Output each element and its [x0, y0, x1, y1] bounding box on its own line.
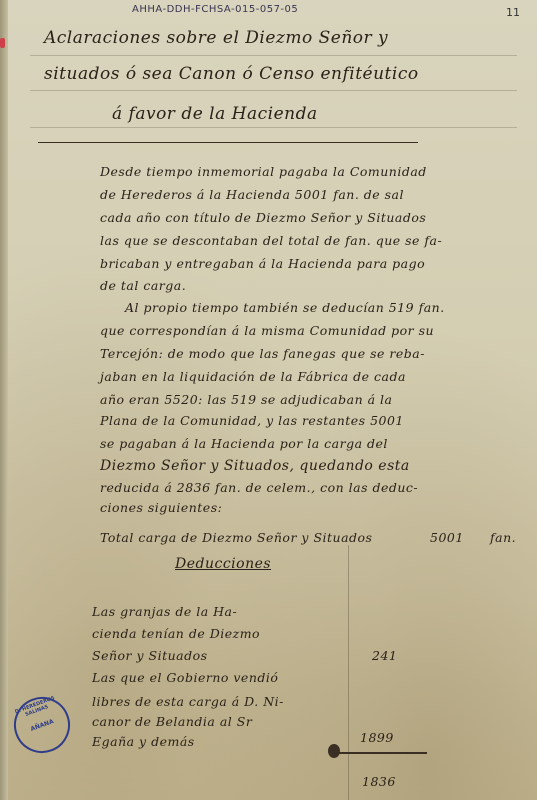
paragraph-2-line: jaban en la liquidación de la Fábrica de… [100, 369, 406, 384]
paragraph-2-line: reducida á 2836 fan. de celem., con las … [100, 480, 418, 495]
page-edge [0, 0, 8, 800]
title-line-1: Aclaraciones sobre el Diezmo Señor y [44, 28, 388, 48]
total-unit: fan. [490, 530, 516, 545]
sum-rule [335, 752, 427, 754]
paragraph-2-line: que correspondían á la misma Comunidad p… [100, 323, 434, 338]
deduction-1-line: Las granjas de la Ha- [92, 604, 237, 619]
deduction-1-line: Señor y Situados [92, 648, 208, 663]
deduction-2-line: canor de Belandia al Sr [92, 714, 252, 729]
deduction-1-value: 241 [372, 648, 397, 663]
paragraph-1-line: Desde tiempo inmemorial pagaba la Comuni… [100, 164, 427, 179]
ink-blot [328, 744, 340, 758]
deduction-2-line: Egaña y demás [92, 734, 195, 749]
red-mark [0, 38, 5, 48]
paragraph-2-line: año eran 5520: las 519 se adjudicaban á … [100, 392, 393, 407]
deductions-heading: Deducciones [175, 556, 271, 572]
paragraph-2-line: Tercejón: de modo que las fanegas que se… [100, 346, 425, 361]
ruled-line [30, 127, 517, 128]
paragraph-2-line: Plana de la Comunidad, y las restantes 5… [100, 413, 404, 428]
folio-number: 11 [506, 6, 520, 19]
stamp-ring-text: D. HEREDEROS SALINAS [9, 694, 62, 723]
column-divider [348, 545, 349, 800]
total-label: Total carga de Diezmo Señor y Situados [100, 530, 372, 545]
paragraph-2-line: se pagaban á la Hacienda por la carga de… [100, 436, 388, 451]
paragraph-1-line: de tal carga. [100, 278, 186, 293]
deduction-2-line: Las que el Gobierno vendió [92, 670, 278, 685]
paragraph-1-line: bricaban y entregaban á la Hacienda para… [100, 256, 425, 271]
paragraph-1-line: de Herederos á la Hacienda 5001 fan. de … [100, 187, 404, 202]
archive-stamp: D. HEREDEROS SALINAS AÑANA [6, 689, 78, 761]
title-line-3: á favor de la Hacienda [112, 104, 318, 124]
deduction-2-value: 1899 [360, 730, 394, 745]
paragraph-2-line: ciones siguientes: [100, 500, 222, 515]
title-line-2: situados ó sea Canon ó Censo enfitéutico [44, 64, 419, 84]
document-page: AHHA-DDH-FCHSA-015-057-05 11 Aclaracione… [0, 0, 537, 800]
paragraph-2-line: Al propio tiempo también se deducían 519… [125, 300, 445, 315]
ruled-line [30, 55, 517, 56]
total-value: 5001 [430, 530, 464, 545]
paragraph-2-line: Diezmo Señor y Situados, quedando esta [100, 458, 410, 474]
stamp-center-text: AÑANA [30, 718, 55, 733]
archive-code: AHHA-DDH-FCHSA-015-057-05 [132, 4, 298, 15]
title-underline [38, 142, 418, 143]
remaining-total: 1836 [362, 774, 396, 789]
paragraph-1-line: las que se descontaban del total de fan.… [100, 233, 442, 248]
deduction-2-line: libres de esta carga á D. Ni- [92, 694, 284, 709]
deduction-1-line: cienda tenían de Diezmo [92, 626, 260, 641]
ruled-line [30, 90, 517, 91]
paragraph-1-line: cada año con título de Diezmo Señor y Si… [100, 210, 426, 225]
